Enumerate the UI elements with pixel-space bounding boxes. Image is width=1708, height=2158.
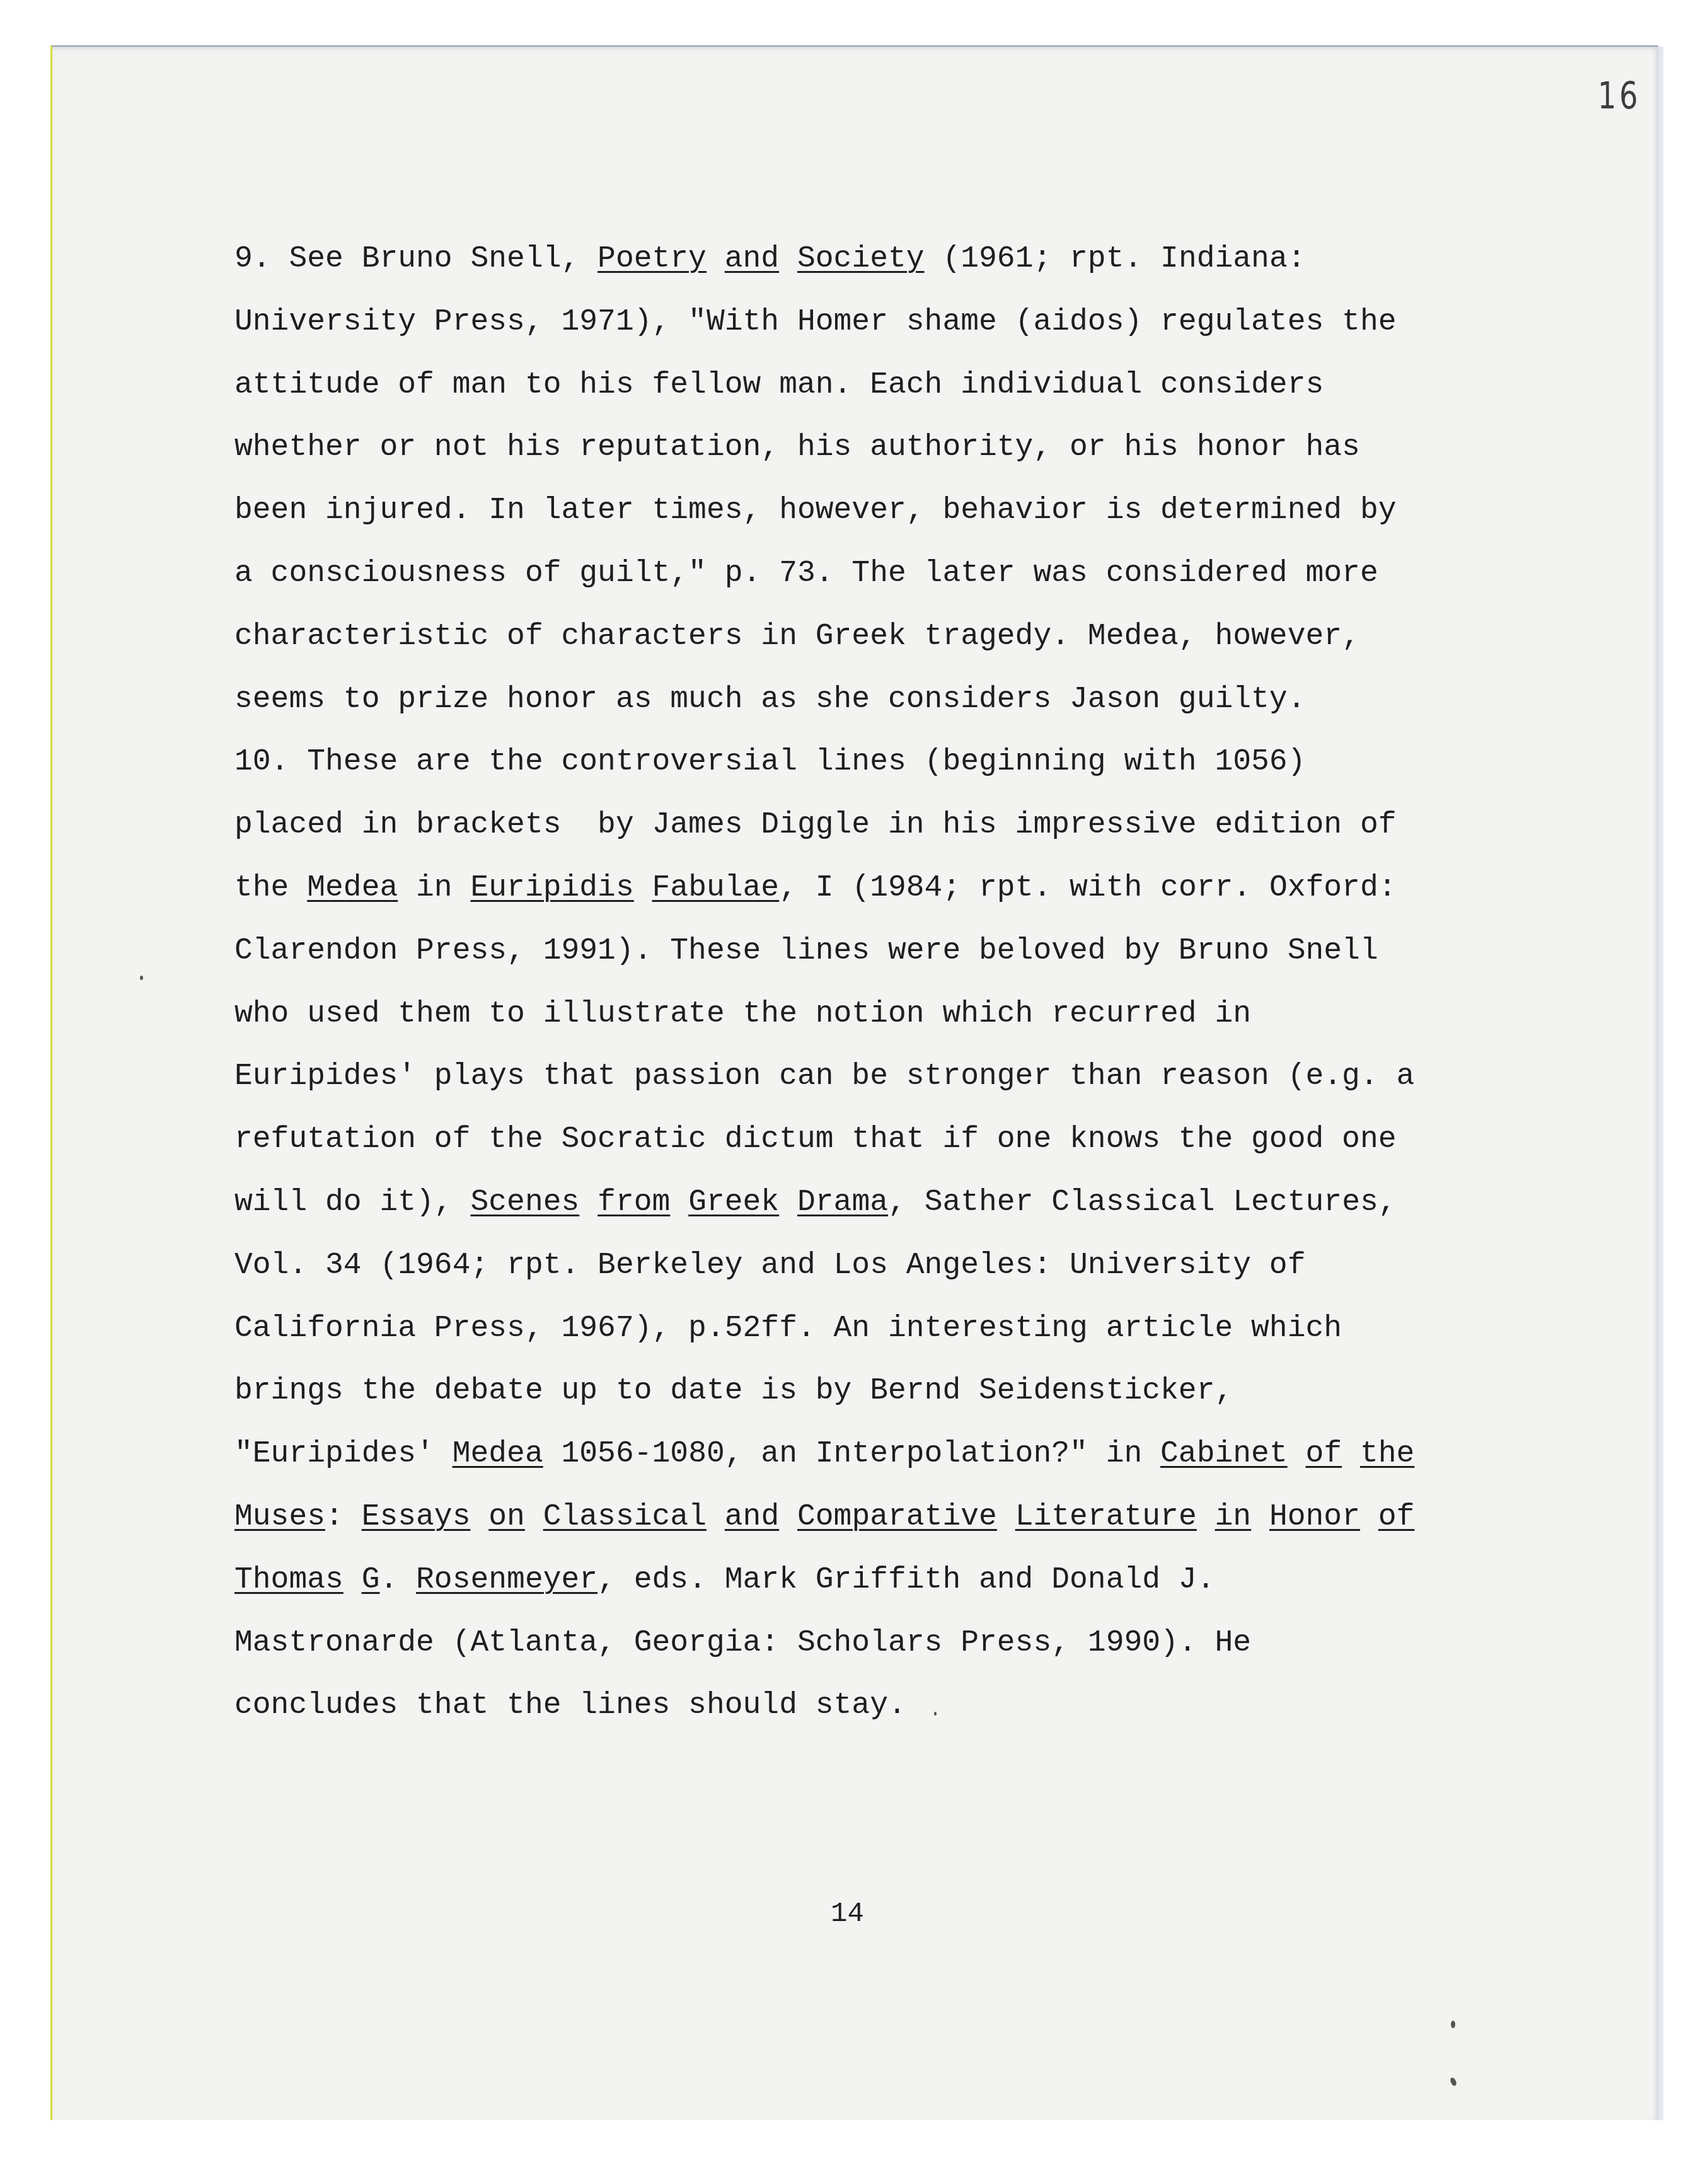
underlined-title: Muses — [234, 1500, 325, 1534]
text-run: , Sather Classical Lectures, — [888, 1186, 1397, 1220]
underlined-title: Society — [797, 242, 925, 276]
scan-speck — [140, 976, 143, 980]
text-run: , I (1984; rpt. with corr. Oxford: — [779, 871, 1396, 905]
text-run: concludes that the lines should stay. — [234, 1688, 906, 1722]
underlined-title: Essays — [362, 1500, 471, 1534]
text-run: whether or not his reputation, his autho… — [234, 430, 1360, 464]
text-line: 10. These are the controversial lines (b… — [234, 731, 1545, 794]
text-run: , eds. Mark Griffith and Donald J. — [597, 1563, 1215, 1597]
text-run — [779, 1186, 797, 1220]
text-run — [670, 1186, 688, 1220]
text-run: . — [379, 1563, 416, 1597]
text-run: : — [325, 1500, 362, 1534]
text-run: California Press, 1967), p.52ff. An inte… — [234, 1312, 1342, 1346]
text-run — [707, 242, 725, 276]
text-run: Euripides' plays that passion can be str… — [234, 1059, 1414, 1093]
text-run: seems to prize honor as much as she cons… — [234, 683, 1305, 717]
underlined-title: Classical — [543, 1500, 707, 1534]
text-run — [470, 1500, 488, 1534]
text-run — [997, 1500, 1015, 1534]
text-line: seems to prize honor as much as she cons… — [234, 669, 1545, 732]
text-run: 10. These are the controversial lines (b… — [234, 745, 1305, 779]
text-line: Vol. 34 (1964; rpt. Berkeley and Los Ang… — [234, 1235, 1545, 1298]
text-run: attitude of man to his fellow man. Each … — [234, 368, 1324, 402]
scan-speck — [1451, 2021, 1455, 2028]
underlined-title: Comparative — [797, 1500, 997, 1534]
underlined-title: of — [1306, 1437, 1342, 1471]
page-number: 14 — [831, 1898, 864, 1930]
text-line: Euripides' plays that passion can be str… — [234, 1046, 1545, 1109]
text-run — [779, 242, 797, 276]
text-run: been injured. In later times, however, b… — [234, 493, 1397, 528]
underlined-title: from — [597, 1186, 670, 1220]
scan-speck — [934, 1712, 937, 1716]
underlined-title: G — [362, 1563, 380, 1597]
text-run: Clarendon Press, 1991). These lines were… — [234, 934, 1378, 968]
underlined-title: Fabulae — [652, 871, 780, 905]
text-run: 1056-1080, an Interpolation?" in — [543, 1437, 1160, 1471]
text-line: refutation of the Socratic dictum that i… — [234, 1109, 1545, 1172]
text-run: in — [398, 871, 470, 905]
text-run: "Euripides' — [234, 1437, 453, 1471]
text-run — [343, 1563, 362, 1597]
text-run — [1197, 1500, 1215, 1534]
text-line: California Press, 1967), p.52ff. An inte… — [234, 1298, 1545, 1361]
underlined-title: Scenes — [470, 1186, 579, 1220]
text-run: characteristic of characters in Greek tr… — [234, 620, 1360, 654]
text-run: University Press, 1971), "With Homer sha… — [234, 305, 1397, 339]
underlined-title: Cabinet — [1160, 1437, 1288, 1471]
text-run: who used them to illustrate the notion w… — [234, 997, 1251, 1031]
underlined-title: Poetry — [597, 242, 707, 276]
text-line: a consciousness of guilt," p. 73. The la… — [234, 543, 1545, 606]
text-line: brings the debate up to date is by Bernd… — [234, 1360, 1545, 1423]
underlined-title: and — [725, 1500, 779, 1534]
text-line: whether or not his reputation, his autho… — [234, 417, 1545, 480]
text-line: Mastronarde (Atlanta, Georgia: Scholars … — [234, 1612, 1545, 1675]
underlined-title: Drama — [797, 1186, 888, 1220]
underlined-title: Medea — [307, 871, 398, 905]
text-run — [1288, 1437, 1306, 1471]
text-run: placed in brackets by James Diggle in hi… — [234, 808, 1397, 842]
underlined-title: on — [488, 1500, 525, 1534]
text-line: attitude of man to his fellow man. Each … — [234, 354, 1545, 417]
text-line: Clarendon Press, 1991). These lines were… — [234, 920, 1545, 983]
text-run: the — [234, 871, 307, 905]
text-run — [634, 871, 652, 905]
text-line: Thomas G. Rosenmeyer, eds. Mark Griffith… — [234, 1549, 1545, 1612]
text-run: 9. See Bruno Snell, — [234, 242, 597, 276]
underlined-title: in — [1215, 1500, 1252, 1534]
text-run — [779, 1500, 797, 1534]
underlined-title: Medea — [453, 1437, 543, 1471]
text-line: who used them to illustrate the notion w… — [234, 983, 1545, 1046]
text-run: Vol. 34 (1964; rpt. Berkeley and Los Ang… — [234, 1249, 1305, 1283]
text-run: Mastronarde (Atlanta, Georgia: Scholars … — [234, 1626, 1251, 1660]
underlined-title: Euripidis — [470, 871, 633, 905]
text-run: refutation of the Socratic dictum that i… — [234, 1122, 1397, 1157]
text-run — [1251, 1500, 1269, 1534]
text-run: brings the debate up to date is by Bernd… — [234, 1374, 1233, 1408]
text-line: characteristic of characters in Greek tr… — [234, 606, 1545, 669]
text-line: University Press, 1971), "With Homer sha… — [234, 291, 1545, 354]
text-run — [1360, 1500, 1378, 1534]
underlined-title: and — [725, 242, 779, 276]
text-run — [525, 1500, 543, 1534]
underlined-title: the — [1360, 1437, 1414, 1471]
text-line: placed in brackets by James Diggle in hi… — [234, 794, 1545, 857]
text-line: will do it), Scenes from Greek Drama, Sa… — [234, 1172, 1545, 1235]
text-line: the Medea in Euripidis Fabulae, I (1984;… — [234, 857, 1545, 920]
text-run: a consciousness of guilt," p. 73. The la… — [234, 557, 1378, 591]
underlined-title: of — [1378, 1500, 1415, 1534]
text-line: "Euripides' Medea 1056-1080, an Interpol… — [234, 1423, 1545, 1486]
text-run: (1961; rpt. Indiana: — [925, 242, 1306, 276]
underlined-title: Literature — [1015, 1500, 1197, 1534]
text-line: concludes that the lines should stay. — [234, 1675, 1545, 1738]
underlined-title: Greek — [688, 1186, 779, 1220]
footnotes-text: 9. See Bruno Snell, Poetry and Society (… — [234, 228, 1545, 1738]
text-run — [707, 1500, 725, 1534]
underlined-title: Thomas — [234, 1563, 343, 1597]
underlined-title: Rosenmeyer — [416, 1563, 597, 1597]
text-line: been injured. In later times, however, b… — [234, 480, 1545, 543]
underlined-title: Honor — [1269, 1500, 1360, 1534]
text-line: 9. See Bruno Snell, Poetry and Society (… — [234, 228, 1545, 291]
text-run: will do it), — [234, 1186, 470, 1220]
handwritten-page-mark: 16 — [1598, 74, 1641, 117]
text-line: Muses: Essays on Classical and Comparati… — [234, 1486, 1545, 1549]
text-run — [579, 1186, 597, 1220]
text-run — [1342, 1437, 1360, 1471]
